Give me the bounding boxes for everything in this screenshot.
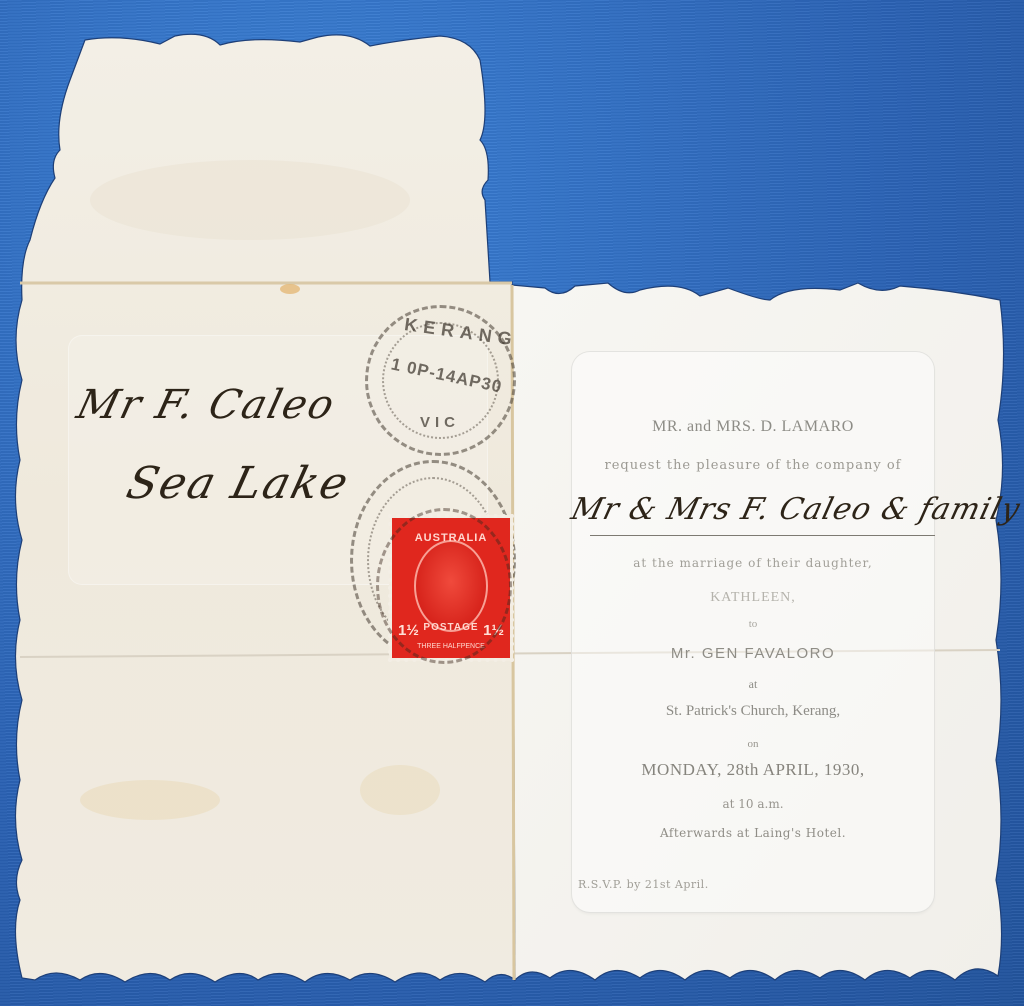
postage-stamp: AUSTRALIA 1½ POSTAGE 1½ THREE HALFPENCE xyxy=(392,518,510,658)
invitation-date: MONDAY, 28th APRIL, 1930, xyxy=(572,760,934,780)
invitation-groom: Mr. GEN FAVALORO xyxy=(572,645,934,662)
address-town: Sea Lake xyxy=(122,458,355,509)
invitation-reception: Afterwards at Laing's Hotel. xyxy=(572,826,934,840)
invitation-hosts: MR. and MRS. D. LAMARO xyxy=(572,418,934,436)
address-recipient: Mr F. Caleo xyxy=(72,382,340,428)
invitation-bride: KATHLEEN, xyxy=(572,590,934,606)
postmark: KERANG 1 0P-14AP30 VIC xyxy=(365,305,516,456)
stamp-cancellation xyxy=(376,508,512,664)
invitation-marriage-line: at the marriage of their daughter, xyxy=(572,556,934,570)
invitation-time: at 10 a.m. xyxy=(572,797,934,811)
postmark-state: VIC xyxy=(420,414,460,431)
invitation-at: at xyxy=(572,677,934,692)
invitation-on: on xyxy=(572,738,934,750)
invitation-request: request the pleasure of the company of xyxy=(572,458,934,473)
guest-underline xyxy=(590,535,935,536)
invitation-to: to xyxy=(572,618,934,630)
invitation-guest-handwritten: Mr & Mrs F. Caleo & family xyxy=(568,492,1024,527)
invitation-rsvp: R.S.V.P. by 21st April. xyxy=(578,878,709,891)
invitation-venue: St. Patrick's Church, Kerang, xyxy=(572,703,934,720)
